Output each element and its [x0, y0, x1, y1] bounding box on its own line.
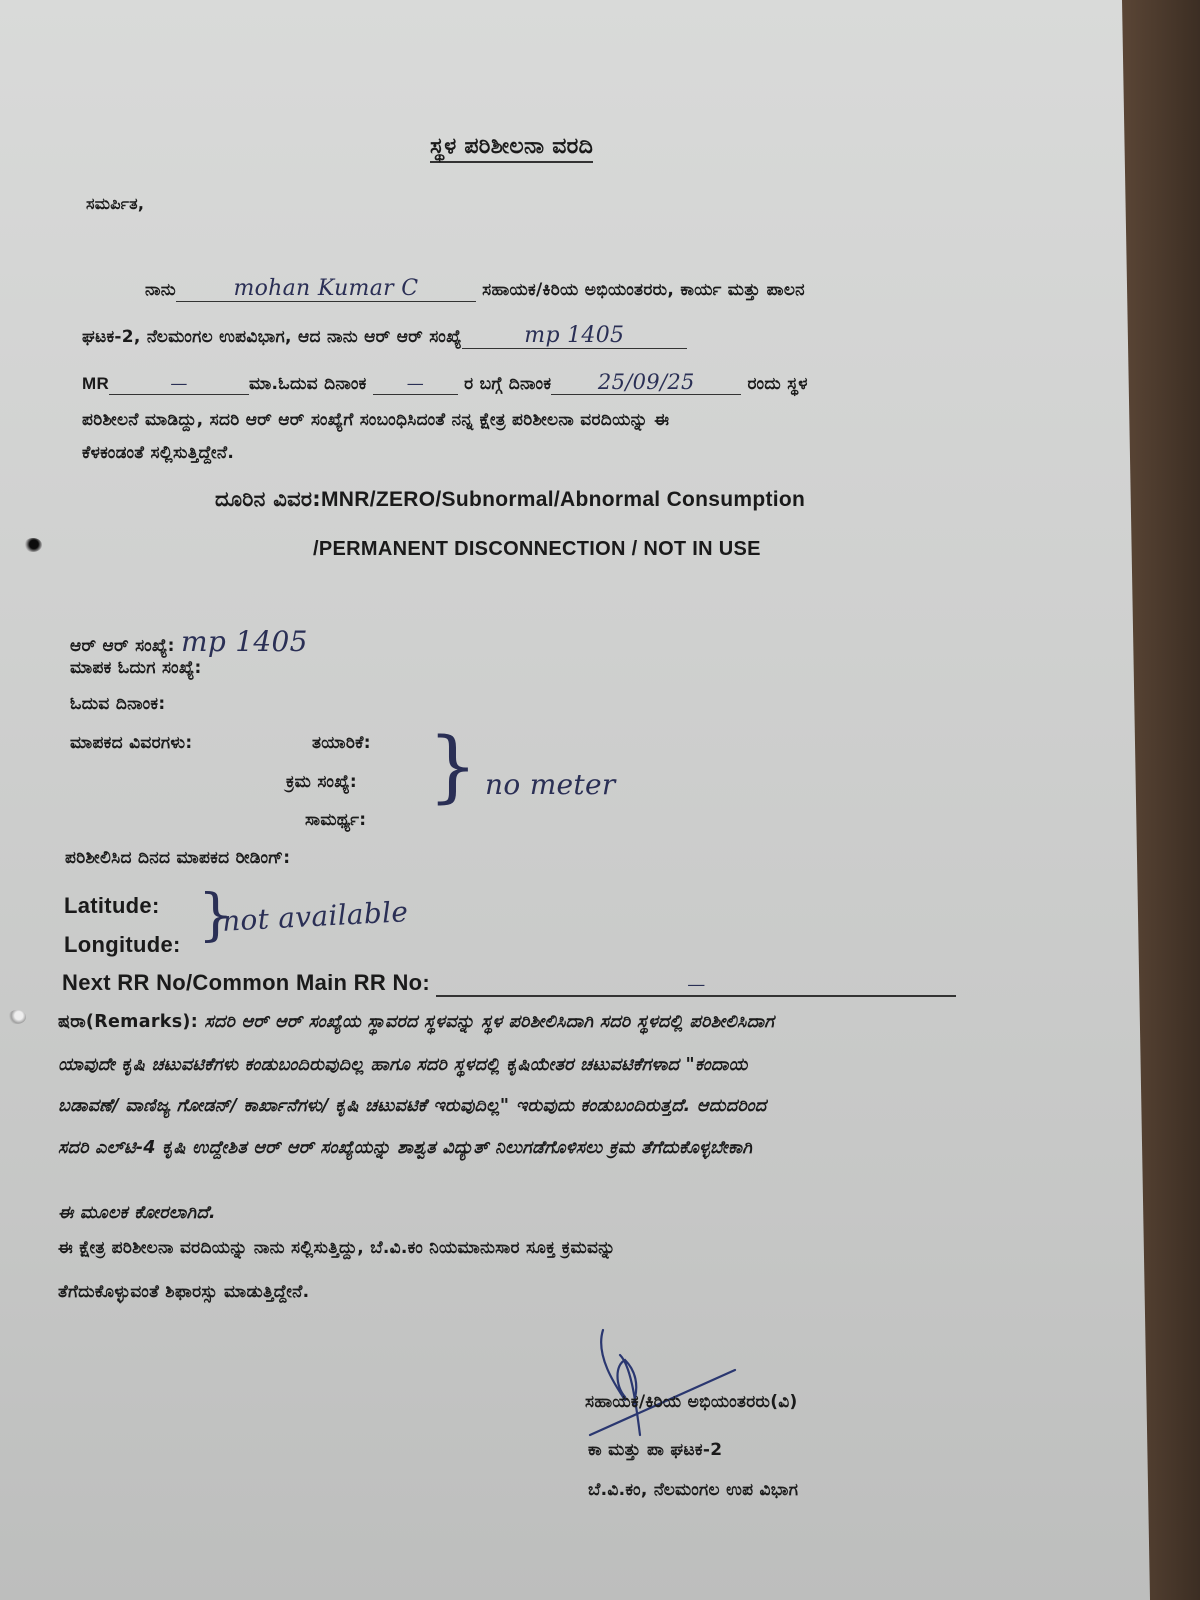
intro-line-3: MR—ಮಾ.ಓದುವ ದಿನಾಂಕ — ರ ಬಗ್ಗೆ ದಿನಾಂಕ25/09/…: [82, 370, 808, 395]
complaint-details-line-2: /PERMANENT DISCONNECTION / NOT IN USE: [313, 538, 761, 561]
meter-reader-no-label: ಮಾಪಕ ಓದುಗ ಸಂಖ್ಯೆ:: [70, 658, 202, 678]
reading-on-inspection-label: ಪರಿಶೀಲಿಸಿದ ದಿನದ ಮಾಪಕದ ರೀಡಿಂಗ್:: [65, 848, 290, 868]
meter-details-value: no meter: [485, 768, 616, 801]
coordinates-value: not available: [221, 895, 409, 938]
salutation: ಸಮರ್ಪಿತ,: [86, 194, 144, 214]
intro-line-4: ಪರಿಶೀಲನೆ ಮಾಡಿದ್ದು, ಸದರಿ ಆರ್ ಆರ್ ಸಂಖ್ಯೆಗೆ…: [82, 410, 669, 430]
intro-line-1: ನಾನುmohan Kumar C ಸಹಾಯಕ/ಕಿರಿಯ ಅಭಿಯಂತರರು,…: [145, 276, 805, 302]
rr-number-field: mp 1405: [462, 323, 687, 349]
remarks-line-1: ಷರಾ(Remarks): ಸದರಿ ಆರ್ ಆರ್ ಸಂಖ್ಯೆಯ ಸ್ಥಾವ…: [58, 1012, 774, 1032]
signatory-unit: ಕಾ ಮತ್ತು ಪಾ ಘಟಕ-2: [588, 1440, 722, 1460]
signatory-designation: ಸಹಾಯಕ/ಕಿರಿಯ ಅಭಿಯಂತರರು(ವಿ): [585, 1392, 798, 1412]
next-rr-field: —: [436, 974, 956, 997]
serial-no-label: ಕ್ರಮ ಸಂಖ್ಯೆ:: [286, 772, 357, 792]
closing-line-2: ತೆಗೆದುಕೊಳ್ಳುವಂತೆ ಶಿಫಾರಸ್ಸು ಮಾಡುತ್ತಿದ್ದೇನ…: [58, 1282, 309, 1302]
closing-line-1: ಈ ಕ್ಷೇತ್ರ ಪರಿಶೀಲನಾ ವರದಿಯನ್ನು ನಾನು ಸಲ್ಲಿಸ…: [58, 1238, 616, 1258]
mr-field: —: [109, 374, 249, 395]
rr-no-row: ಆರ್ ಆರ್ ಸಂಖ್ಯೆ: mp 1405: [70, 625, 308, 658]
signatory-office: ಬೆ.ವಿ.ಕಂ, ನೆಲಮಂಗಲ ಉಪ ವಿಭಾಗ: [588, 1480, 798, 1500]
signature-mark: [585, 1325, 745, 1445]
punch-hole: [8, 1010, 26, 1024]
reading-date-field: —: [373, 374, 458, 395]
latitude-label: Latitude:: [64, 893, 160, 919]
intro-line-2: ಘಟಕ-2, ನೆಲಮಂಗಲ ಉಪವಿಭಾಗ, ಆದ ನಾನು ಆರ್ ಆರ್ …: [82, 323, 687, 349]
inspection-date-field: 25/09/25: [551, 370, 741, 395]
engineer-name-field: mohan Kumar C: [176, 276, 476, 302]
remarks-line-3: ಬಡಾವಣೆ/ ವಾಣಿಜ್ಯ ಗೋಡನ್/ ಕಾರ್ಖಾನೆಗಳು/ ಕೃಷಿ…: [58, 1096, 766, 1116]
remarks-line-2: ಯಾವುದೇ ಕೃಷಿ ಚಟುವಟಿಕೆಗಳು ಕಂಡುಬಂದಿರುವುದಿಲ್…: [58, 1055, 748, 1075]
reading-date-label: ಓದುವ ದಿನಾಂಕ:: [70, 694, 165, 714]
complaint-details: ದೂರಿನ ವಿವರ:MNR/ZERO/Subnormal/Abnormal C…: [215, 487, 805, 512]
remarks-line-5: ಈ ಮೂಲಕ ಕೋರಲಾಗಿದೆ.: [58, 1203, 216, 1223]
brace-mark: }: [428, 728, 478, 806]
intro-line-5: ಕೆಳಕಂಡಂತೆ ಸಲ್ಲಿಸುತ್ತಿದ್ದೇನೆ.: [82, 443, 234, 463]
meter-details-label: ಮಾಪಕದ ವಿವರಗಳು:: [70, 733, 192, 753]
longitude-label: Longitude:: [64, 932, 181, 958]
document-page: ಸ್ಥಳ ಪರಿಶೀಲನಾ ವರದಿ ಸಮರ್ಪಿತ, ನಾನುmohan Ku…: [0, 0, 1150, 1600]
capacity-label: ಸಾಮರ್ಥ್ಯ:: [305, 810, 366, 830]
make-label: ತಯಾರಿಕೆ:: [312, 733, 371, 753]
rr-no-value: mp 1405: [181, 625, 308, 658]
punch-hole: [24, 538, 42, 552]
remarks-line-4: ಸದರಿ ಎಲ್‌ಟಿ-4 ಕೃಷಿ ಉದ್ದೇಶಿತ ಆರ್ ಆರ್ ಸಂಖ್…: [58, 1138, 752, 1158]
document-title: ಸ್ಥಳ ಪರಿಶೀಲನಾ ವರದಿ: [430, 134, 593, 163]
next-rr-row: Next RR No/Common Main RR No: —: [62, 970, 956, 997]
